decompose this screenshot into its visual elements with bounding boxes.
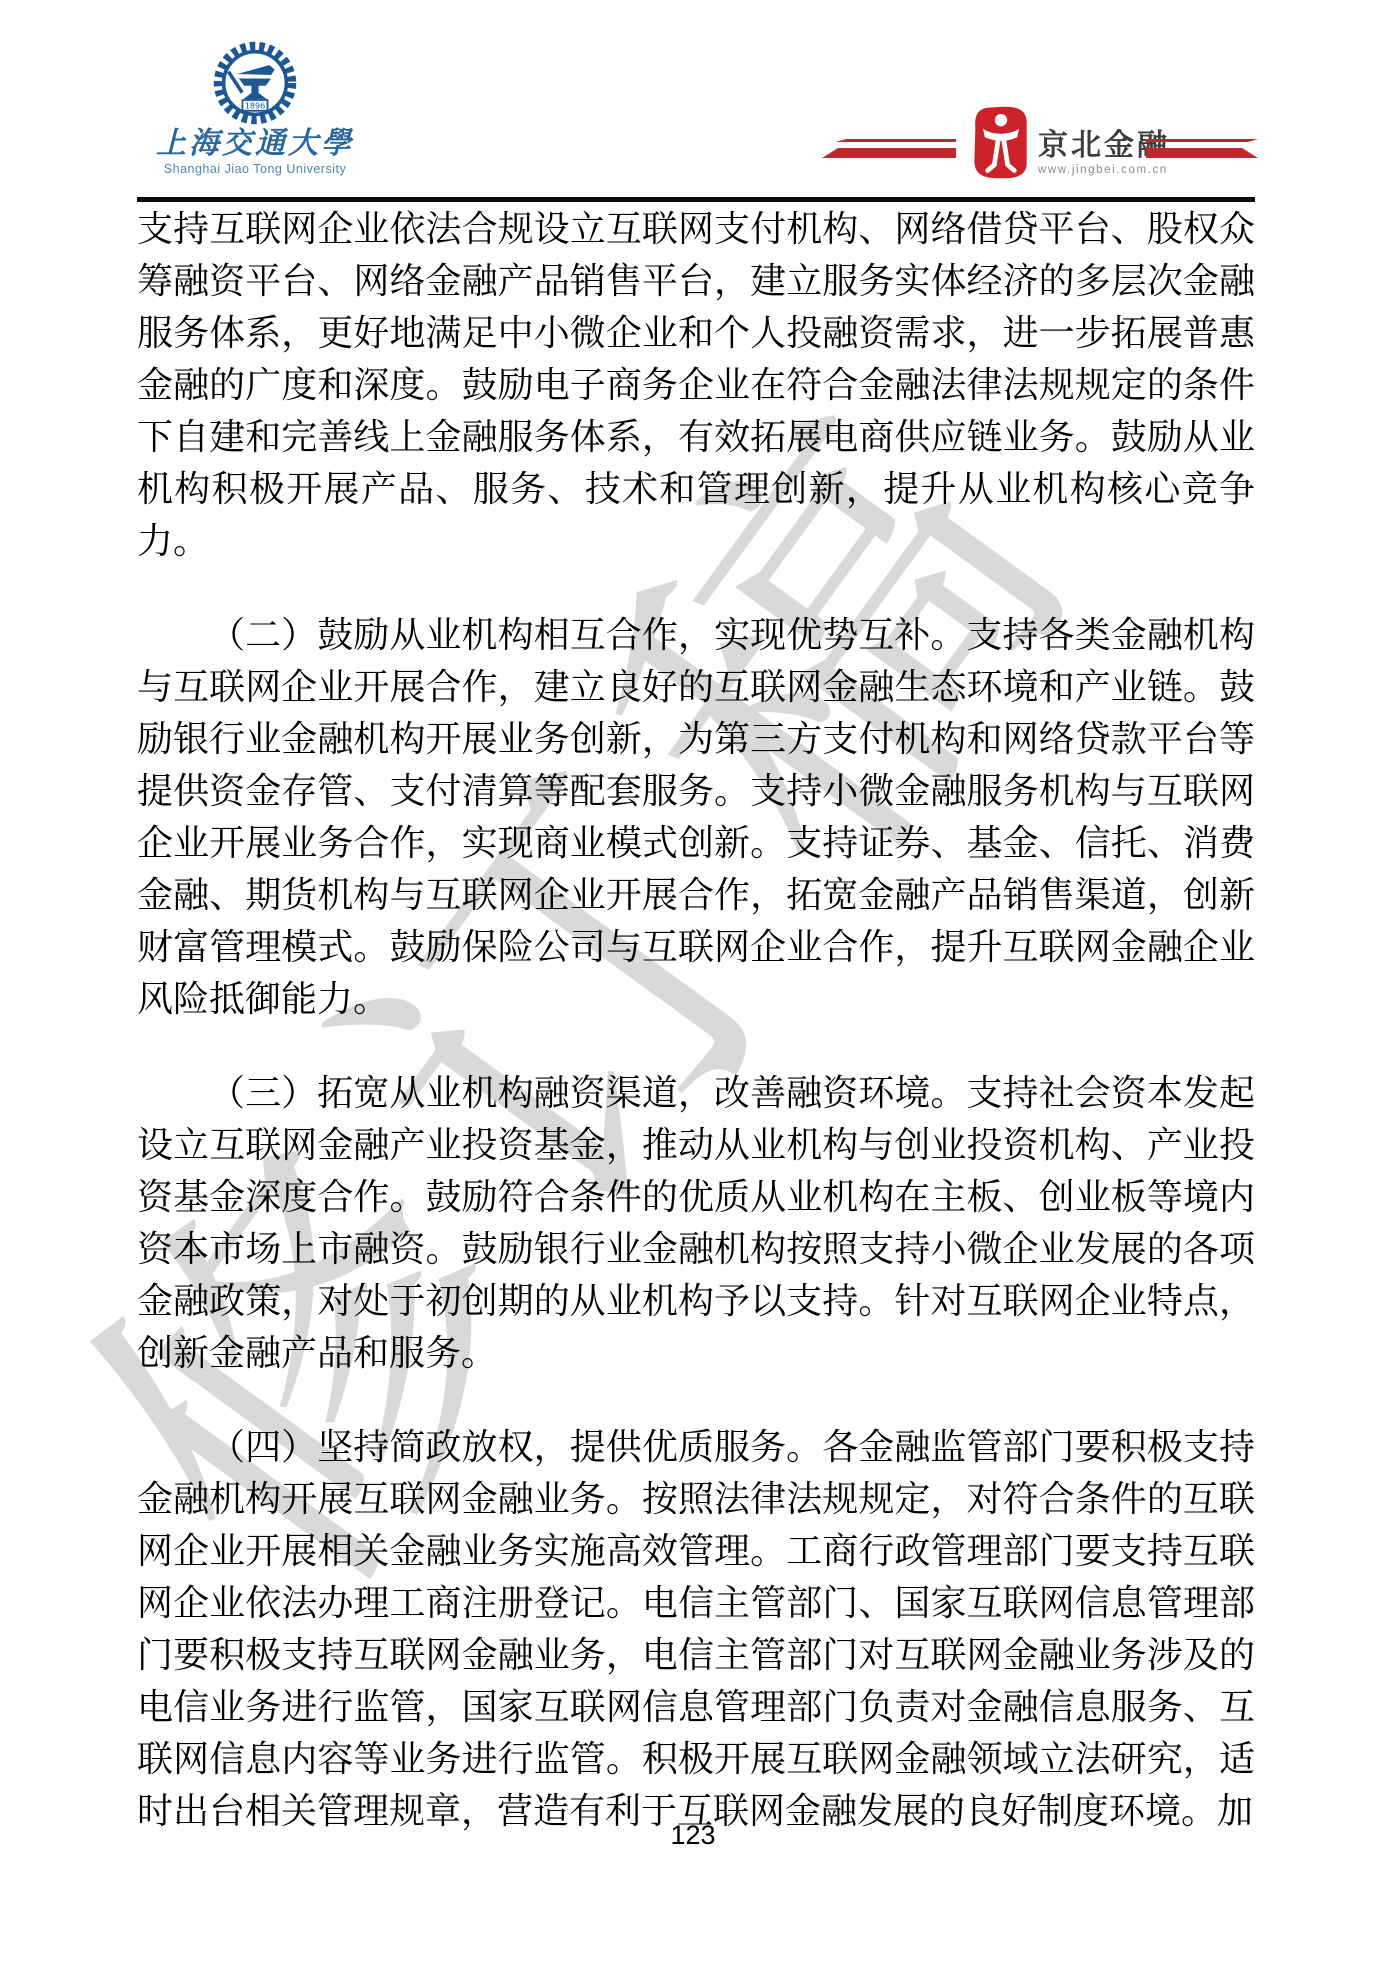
- jingbei-url: www.jingbei.com.cn: [1038, 164, 1198, 176]
- paragraph-3: （三）拓宽从业机构融资渠道，改善融资环境。支持社会资本发起设立互联网金融产业投资…: [137, 1067, 1255, 1379]
- red-accent-bar-right-thick: [1146, 148, 1258, 158]
- jingbei-seal-icon: [972, 104, 1030, 180]
- red-accent-bar-left-thick: [822, 148, 956, 158]
- sjtu-english-name: Shanghai Jiao Tong University: [155, 162, 355, 176]
- header-divider: [137, 197, 1255, 202]
- paragraph-1: 支持互联网企业依法合规设立互联网支付机构、网络借贷平台、股权众筹融资平台、网络金…: [137, 203, 1255, 567]
- sjtu-gear-emblem-icon: 1896: [212, 40, 298, 126]
- paragraph-2: （二）鼓励从业机构相互合作，实现优势互补。支持各类金融机构与互联网企业开展合作，…: [137, 609, 1255, 1025]
- page-header: 1896 上海交通大學 Shanghai Jiao Tong Universit…: [0, 0, 1386, 205]
- sjtu-emblem-year: 1896: [245, 102, 265, 111]
- sjtu-logo: 1896 上海交通大學 Shanghai Jiao Tong Universit…: [155, 40, 355, 176]
- document-body: 支持互联网企业依法合规设立互联网支付机构、网络借贷平台、股权众筹融资平台、网络金…: [137, 203, 1255, 1837]
- sjtu-chinese-name: 上海交通大學: [155, 128, 355, 160]
- page-number: 123: [0, 1820, 1386, 1851]
- document-page: 修订稿 1896 上海交通大學 Shanghai Jiao Tong Unive…: [0, 0, 1386, 1970]
- red-accent-bar-left-thin: [836, 139, 956, 142]
- paragraph-4: （四）坚持简政放权，提供优质服务。各金融监管部门要积极支持金融机构开展互联网金融…: [137, 1421, 1255, 1837]
- red-accent-bar-right-thin: [1146, 139, 1258, 142]
